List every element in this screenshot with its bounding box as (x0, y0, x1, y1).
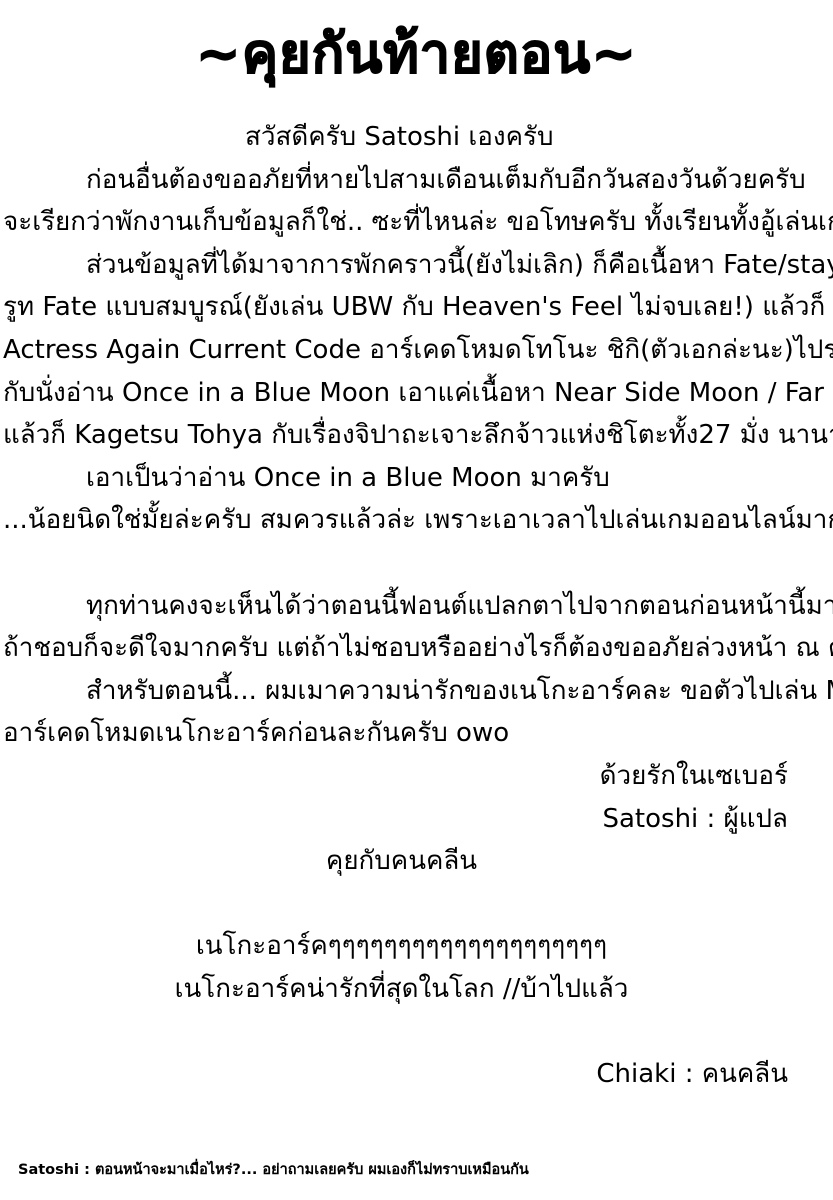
body-line: ก่อนอื่นต้องขออภัยที่หายไปสามเดือนเต็มกั… (0, 159, 833, 202)
body-line: แล้วก็ Kagetsu Tohya กับเรื่องจิปาถะเจาะ… (0, 414, 833, 457)
body-line: ทุกท่านคงจะเห็นได้ว่าตอนนี้ฟอนต์แปลกตาไป… (0, 585, 833, 628)
body-line: อาร์เคดโหมดเนโกะอาร์คก่อนละกันครับ owo (0, 712, 833, 755)
body-line: เอาเป็นว่าอ่าน Once in a Blue Moon มาครั… (0, 457, 833, 500)
signature-cleaner: Chiaki : คนคลีน (0, 1053, 833, 1096)
signature-love: ด้วยรักในเซเบอร์ (0, 755, 833, 798)
neko-arc-line: เนโกะอาร์คๆๆๆๆๆๆๆๆๆๆๆๆๆๆๆๆๆๆๆๆ (0, 925, 833, 968)
blank-line (0, 1010, 833, 1053)
footer-note: Satoshi : ตอนหน้าจะมาเมื่อไหร่?... อย่าถ… (18, 1158, 529, 1181)
body-line: สำหรับตอนนี้... ผมเมาความน่ารักของเนโกะอ… (0, 670, 833, 713)
body-line: จะเรียกว่าพักงานเก็บข้อมูลก็ใช่.. ซะที่ไ… (0, 201, 833, 244)
body-line: กับนั่งอ่าน Once in a Blue Moon เอาแค่เน… (0, 372, 833, 415)
body-line: ถ้าชอบก็จะดีใจมากครับ แต่ถ้าไม่ชอบหรืออย… (0, 627, 833, 670)
cleaner-section-heading: คุยกับคนคลีน (0, 840, 833, 883)
body-line: ...น้อยนิดใช่มั้ยล่ะครับ สมควรแล้วล่ะ เพ… (0, 499, 833, 542)
blank-line (0, 883, 833, 926)
page-title: ~คุยกันท้ายตอน~ (0, 0, 833, 90)
signature-translator: Satoshi : ผู้แปล (0, 798, 833, 841)
body-line: Actress Again Current Code อาร์เคดโหมดโท… (0, 329, 833, 372)
body-line: ส่วนข้อมูลที่ได้มาจาการพักคราวนี้(ยังไม่… (0, 244, 833, 287)
neko-arc-line: เนโกะอาร์คน่ารักที่สุดในโลก //บ้าไปแล้ว (0, 968, 833, 1011)
afterword-page: ~คุยกันท้ายตอน~ สวัสดีครับ Satoshi เองคร… (0, 0, 833, 1200)
body-line: รูท Fate แบบสมบูรณ์(ยังเล่น UBW กับ Heav… (0, 286, 833, 329)
body-line: สวัสดีครับ Satoshi เองครับ (0, 116, 833, 159)
blank-line (0, 542, 833, 585)
afterword-body: สวัสดีครับ Satoshi เองครับ ก่อนอื่นต้องข… (0, 116, 833, 1096)
